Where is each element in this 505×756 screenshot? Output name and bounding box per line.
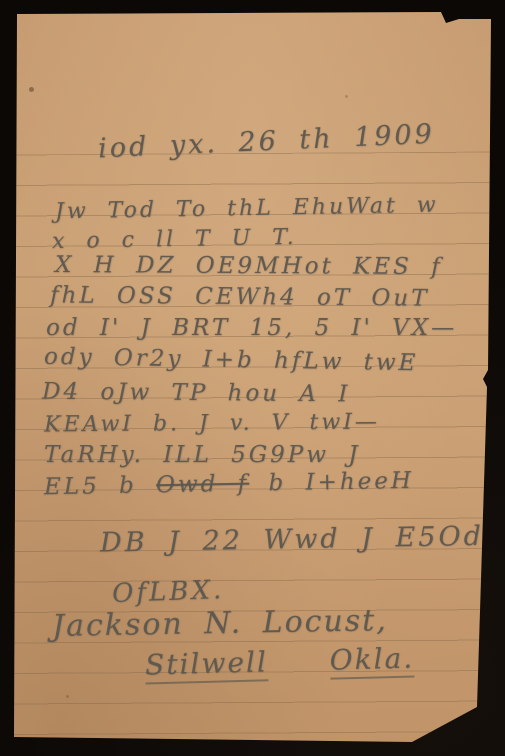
letter-paper: iod yx. 26 th 1909 Jw Tod To thL EhuWat … [0,0,505,756]
body-line: KEAwI b. J v. V twI— [44,410,380,438]
strike-line-post: b I+heeH [249,468,414,497]
body-line: X H DZ OE9MHot KES f [55,252,443,280]
place-line: Stilwell Okla. [145,641,415,681]
paper-speck [29,87,34,92]
paper-speck [345,95,348,98]
body-line: D4 oJw TP hou A I [42,379,351,408]
body-line: x o c ll T U T. [52,225,297,254]
body-line: od I' J BRT 15, 5 I' VX— [46,315,457,341]
place-city: Stilwell [145,645,269,684]
signature: Jackson N. Locust, [52,603,388,644]
strike-line-pre: EL5 b [44,472,156,500]
struck-word: Owd f [156,471,250,499]
closing-cipher-short: OfLBX. [112,575,225,609]
photo-background: iod yx. 26 th 1909 Jw Tod To thL EhuWat … [0,0,505,756]
body-line: fhL OSS CEWh4 oT OuT [50,282,430,311]
body-line: TaRHy. ILL 5G9Pw J [44,442,360,468]
paper-speck [66,695,69,698]
place-state: Okla. [329,641,414,679]
